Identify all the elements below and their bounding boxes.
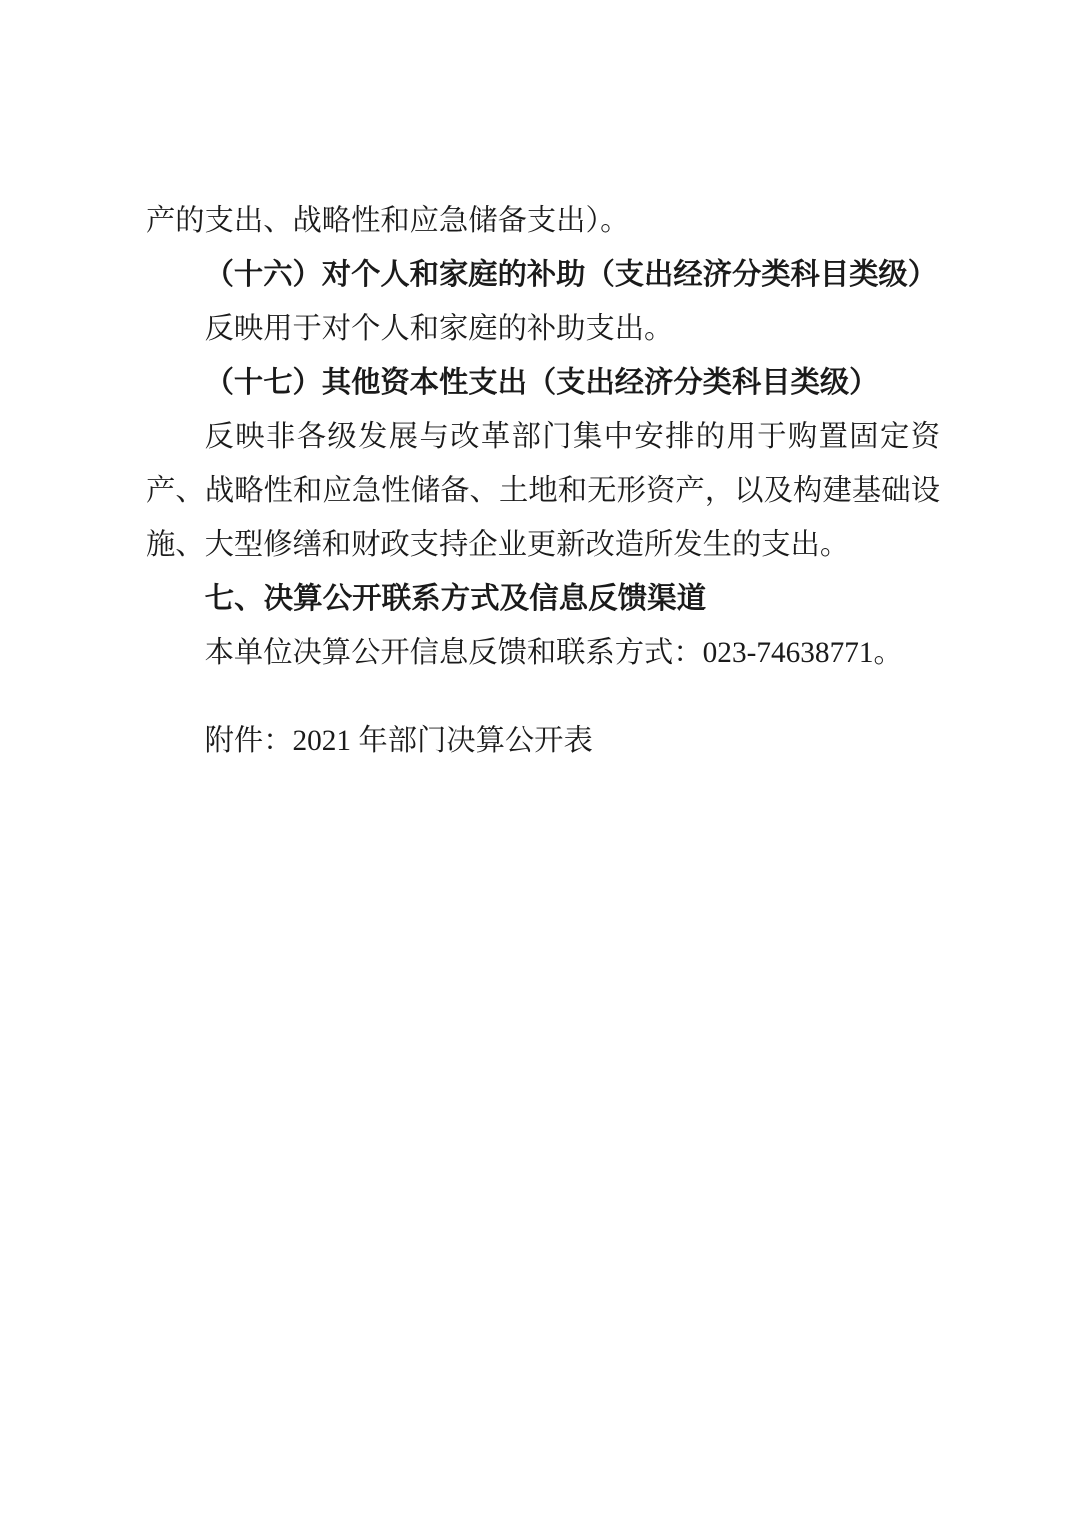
paragraph-item-17-body-line-3: 施、大型修缮和财政支持企业更新改造所发生的支出。	[146, 518, 940, 572]
contact-info-line: 本单位决算公开信息反馈和联系方式：023-74638771。	[146, 626, 940, 680]
paragraph-item-17-body-line-1: 反映非各级发展与改革部门集中安排的用于购置固定资	[146, 410, 940, 464]
paragraph-item-16-body: 反映用于对个人和家庭的补助支出。	[146, 302, 940, 356]
document-text-block: 产的支出、战略性和应急储备支出）。 （十六）对个人和家庭的补助（支出经济分类科目…	[146, 194, 940, 768]
section-heading-7: 七、决算公开联系方式及信息反馈渠道	[146, 572, 940, 626]
subheading-item-16: （十六）对个人和家庭的补助（支出经济分类科目类级）	[146, 248, 940, 302]
paragraph-continuation-line: 产的支出、战略性和应急储备支出）。	[146, 194, 940, 248]
document-page: 产的支出、战略性和应急储备支出）。 （十六）对个人和家庭的补助（支出经济分类科目…	[0, 0, 1075, 1521]
subheading-item-17: （十七）其他资本性支出（支出经济分类科目类级）	[146, 356, 940, 410]
attachment-note-line: 附件：2021 年部门决算公开表	[146, 714, 940, 768]
paragraph-item-17-body-line-2: 产、战略性和应急性储备、土地和无形资产，以及构建基础设	[146, 464, 940, 518]
